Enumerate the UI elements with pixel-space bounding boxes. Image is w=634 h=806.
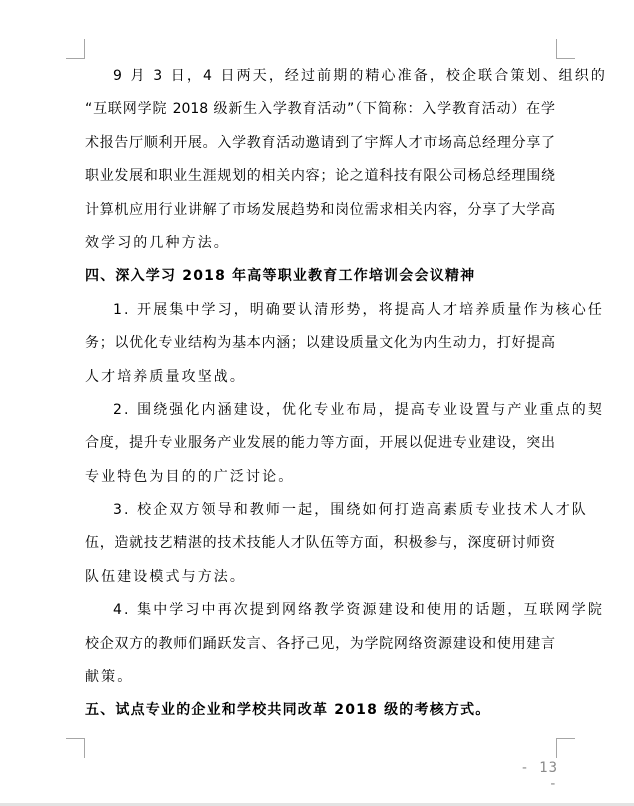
page-number: - 13 - [508,760,558,792]
crop-mark-bottom-left [66,738,85,758]
paragraph-line: 人才培养质量攻坚战。 [85,361,555,394]
document-body: 9 月 3 日，4 日两天，经过前期的精心准备，校企联合策划、组织的 “互联网学… [85,60,555,728]
paragraph-line: 队伍建设模式与方法。 [85,561,555,594]
paragraph-line: 专业特色为目的的广泛讨论。 [85,461,555,494]
paragraph-line: 效学习的几种方法。 [85,227,555,260]
paragraph-line: 1. 开展集中学习，明确要认清形势，将提高人才培养质量作为核心任 [85,294,555,327]
paragraph-line: 献策。 [85,661,555,694]
paragraph-line: 4. 集中学习中再次提到网络教学资源建设和使用的话题，互联网学院 [85,594,555,627]
paragraph-line: 2. 围绕强化内涵建设，优化专业布局，提高专业设置与产业重点的契 [85,394,555,427]
paragraph-line: 务；以优化专业结构为基本内涵；以建设质量文化为内生动力，打好提高 [85,327,555,360]
paragraph-line: 9 月 3 日，4 日两天，经过前期的精心准备，校企联合策划、组织的 [85,60,555,93]
paragraph-line: 术报告厅顺利开展。入学教育活动邀请到了宇辉人才市场高总经理分享了 [85,127,555,160]
paragraph-line: “互联网学院 2018 级新生入学教育活动”（下简称：入学教育活动）在学 [85,93,555,126]
crop-mark-top-left [66,39,85,59]
section-heading-5: 五、试点专业的企业和学校共同改革 2018 级的考核方式。 [85,694,555,727]
paragraph-line: 合度，提升专业服务产业发展的能力等方面，开展以促进专业建设，突出 [85,427,555,460]
section-heading-4: 四、深入学习 2018 年高等职业教育工作培训会会议精神 [85,260,555,293]
crop-mark-top-right [556,39,575,59]
paragraph-line: 职业发展和职业生涯规划的相关内容；论之道科技有限公司杨总经理围绕 [85,160,555,193]
paragraph-line: 校企双方的教师们踊跃发言、各抒己见，为学院网络资源建设和使用建言 [85,628,555,661]
paragraph-line: 计算机应用行业讲解了市场发展趋势和岗位需求相关内容，分享了大学高 [85,194,555,227]
paragraph-line: 3. 校企双方领导和教师一起，围绕如何打造高素质专业技术人才队 [85,494,555,527]
paragraph-line: 伍，造就技艺精湛的技术技能人才队伍等方面，积极参与，深度研讨师资 [85,527,555,560]
crop-mark-bottom-right [556,738,575,758]
document-page: 9 月 3 日，4 日两天，经过前期的精心准备，校企联合策划、组织的 “互联网学… [0,0,634,803]
